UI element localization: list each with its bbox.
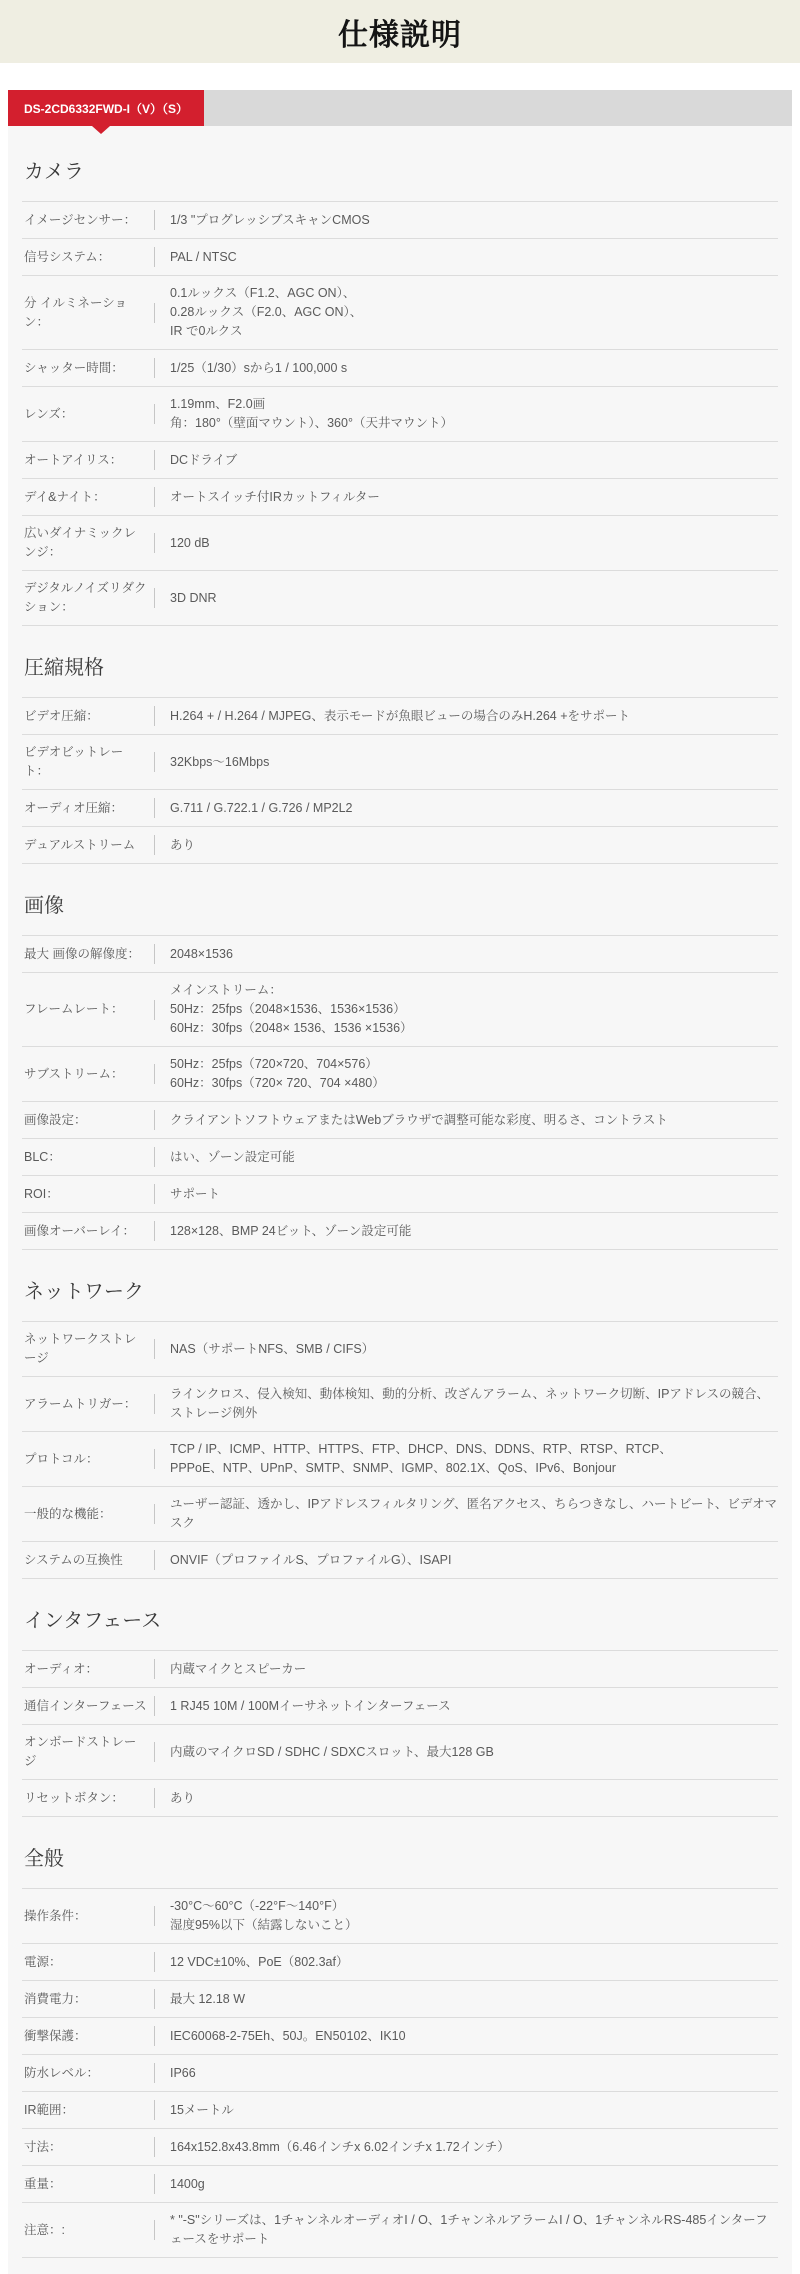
spec-value: PAL / NTSC: [155, 248, 778, 267]
spec-value-line: 内蔵のマイクロSD / SDHC / SDXCスロット、最大128 GB: [170, 1743, 778, 1762]
spec-value-line: DCドライブ: [170, 451, 778, 470]
spec-row: ROI： サポート: [22, 1175, 778, 1212]
spec-row: イメージセンサー： 1/3 "プログレッシブスキャンCMOS: [22, 201, 778, 238]
spec-value: DCドライブ: [155, 451, 778, 470]
spec-value: 2048×1536: [155, 945, 778, 964]
spec-row: 注意：: * "-S"シリーズは、1チャンネルオーディオI / O、1チャンネル…: [22, 2202, 778, 2257]
spec-value-line: 60Hz：30fps（720× 720、704 ×480）: [170, 1074, 778, 1093]
spec-value-line: 1.19mm、F2.0画: [170, 395, 778, 414]
spec-row: シャッター時間： 1/25（1/30）sから1 / 100,000 s: [22, 349, 778, 386]
spec-value: IP66: [155, 2064, 778, 2083]
spec-label: 画像オーバーレイ：: [22, 1222, 154, 1241]
section-rows: ビデオ圧縮： H.264 + / H.264 / MJPEG、表示モードが魚眼ビ…: [22, 697, 778, 864]
spec-row: 信号システム： PAL / NTSC: [22, 238, 778, 275]
spec-label: リセットボタン：: [22, 1789, 154, 1808]
spec-value-line: -30°C～60°C（-22°F～140°F）: [170, 1897, 778, 1916]
spec-row: 分 イルミネーション： 0.1ルックス（F1.2、AGC ON）、0.28ルック…: [22, 275, 778, 349]
spec-value: 最大 12.18 W: [155, 1990, 778, 2009]
spec-section: カメラ イメージセンサー： 1/3 "プログレッシブスキャンCMOS 信号システ…: [22, 130, 778, 626]
spec-row: 一般的な機能： ユーザー認証、透かし、IPアドレスフィルタリング、匿名アクセス、…: [22, 1486, 778, 1541]
spec-value-line: H.264 + / H.264 / MJPEG、表示モードが魚眼ビューの場合のみ…: [170, 707, 778, 726]
spec-label: 衝撃保護：: [22, 2027, 154, 2046]
spec-row: 消費電力： 最大 12.18 W: [22, 1980, 778, 2017]
spec-label: 重量：: [22, 2175, 154, 2194]
spec-row: ネットワークストレージ NAS（サポートNFS、SMB / CIFS）: [22, 1321, 778, 1376]
section-rows: 最大 画像の解像度： 2048×1536 フレームレート： メインストリーム：5…: [22, 935, 778, 1250]
spec-row: オンボードストレージ 内蔵のマイクロSD / SDHC / SDXCスロット、最…: [22, 1724, 778, 1779]
spec-value-line: 50Hz：25fps（2048×1536、1536×1536）: [170, 1000, 778, 1019]
spec-content: カメラ イメージセンサー： 1/3 "プログレッシブスキャンCMOS 信号システ…: [8, 126, 792, 2274]
spec-label: 通信インターフェース: [22, 1697, 154, 1716]
spec-row: デュアルストリーム あり: [22, 826, 778, 863]
spec-row: プロトコル： TCP / IP、ICMP、HTTP、HTTPS、FTP、DHCP…: [22, 1431, 778, 1486]
spec-value-line: 0.28ルックス（F2.0、AGC ON）、: [170, 303, 778, 322]
page-title: 仕様説明: [338, 10, 462, 54]
spec-value: TCP / IP、ICMP、HTTP、HTTPS、FTP、DHCP、DNS、DD…: [155, 1440, 778, 1478]
spec-value: 1.19mm、F2.0画角：180°（壁面マウント）、360°（天井マウント）: [155, 395, 778, 433]
spec-value-line: メインストリーム：: [170, 981, 778, 1000]
spec-value: * "-S"シリーズは、1チャンネルオーディオI / O、1チャンネルアラームI…: [155, 2211, 778, 2249]
spec-label: イメージセンサー：: [22, 211, 154, 230]
spec-value-line: ラインクロス、侵入検知、動体検知、動的分析、改ざんアラーム、ネットワーク切断、I…: [170, 1385, 778, 1423]
spec-row: 画像オーバーレイ： 128×128、BMP 24ビット、ゾーン設定可能: [22, 1212, 778, 1249]
spec-label: 分 イルミネーション：: [22, 294, 154, 332]
spec-value: 50Hz：25fps（720×720、704×576）60Hz：30fps（72…: [155, 1055, 778, 1093]
spec-row: 寸法： 164x152.8x43.8mm（6.46インチx 6.02インチx 1…: [22, 2128, 778, 2165]
spec-value: -30°C～60°C（-22°F～140°F）湿度95%以下（結露しないこと）: [155, 1897, 778, 1935]
spec-label: オートアイリス：: [22, 451, 154, 470]
spec-value-line: あり: [170, 836, 778, 855]
spec-value-line: 60Hz：30fps（2048× 1536、1536 ×1536）: [170, 1019, 778, 1038]
spec-row: ビデオ圧縮： H.264 + / H.264 / MJPEG、表示モードが魚眼ビ…: [22, 697, 778, 734]
spec-label: デジタルノイズリダクション：: [22, 579, 154, 617]
spec-value-line: 湿度95%以下（結露しないこと）: [170, 1916, 778, 1935]
spec-value-line: 3D DNR: [170, 589, 778, 608]
spec-value-line: オートスイッチ付IRカットフィルター: [170, 488, 778, 507]
spec-value-line: PPPoE、NTP、UPnP、SMTP、SNMP、IGMP、802.1X、QoS…: [170, 1459, 778, 1478]
spec-value-line: * "-S"シリーズは、1チャンネルオーディオI / O、1チャンネルアラームI…: [170, 2211, 778, 2249]
spec-value: 0.1ルックス（F1.2、AGC ON）、0.28ルックス（F2.0、AGC O…: [155, 284, 778, 341]
section-rows: 操作条件： -30°C～60°C（-22°F～140°F）湿度95%以下（結露し…: [22, 1888, 778, 2258]
spec-value-line: 1/3 "プログレッシブスキャンCMOS: [170, 211, 778, 230]
spec-value: クライアントソフトウェアまたはWebブラウザで調整可能な彩度、明るさ、コントラス…: [155, 1111, 778, 1130]
spec-value-line: 1/25（1/30）sから1 / 100,000 s: [170, 359, 778, 378]
spec-row: 広いダイナミックレンジ： 120 dB: [22, 515, 778, 570]
section-heading: カメラ: [22, 130, 778, 201]
model-tab[interactable]: DS-2CD6332FWD-I（V）（S）: [8, 90, 204, 126]
spec-value: H.264 + / H.264 / MJPEG、表示モードが魚眼ビューの場合のみ…: [155, 707, 778, 726]
spec-value: メインストリーム：50Hz：25fps（2048×1536、1536×1536）…: [155, 981, 778, 1038]
spec-row: 電源： 12 VDC±10%、PoE（802.3af）: [22, 1943, 778, 1980]
spec-label: プロトコル：: [22, 1450, 154, 1469]
spec-section: 画像 最大 画像の解像度： 2048×1536 フレームレート： メインストリー…: [22, 864, 778, 1250]
spec-value: IEC60068-2-75Eh、50J。EN50102、IK10: [155, 2027, 778, 2046]
spec-row: サブストリーム： 50Hz：25fps（720×720、704×576）60Hz…: [22, 1046, 778, 1101]
spec-label: 操作条件：: [22, 1907, 154, 1926]
spec-row: システムの互換性 ONVIF（プロファイルS、プロファイルG）、ISAPI: [22, 1541, 778, 1578]
section-rows: オーディオ： 内蔵マイクとスピーカー 通信インターフェース 1 RJ45 10M…: [22, 1650, 778, 1817]
spec-value-line: 164x152.8x43.8mm（6.46インチx 6.02インチx 1.72イ…: [170, 2138, 778, 2157]
spec-label: ビデオ圧縮：: [22, 707, 154, 726]
spec-row: IR範囲： 15メートル: [22, 2091, 778, 2128]
spec-row: 重量： 1400g: [22, 2165, 778, 2202]
spec-row: 衝撃保護： IEC60068-2-75Eh、50J。EN50102、IK10: [22, 2017, 778, 2054]
spec-label: 最大 画像の解像度：: [22, 945, 154, 964]
spec-row: ビデオビットレート： 32Kbps～16Mbps: [22, 734, 778, 789]
spec-row: デイ&ナイト： オートスイッチ付IRカットフィルター: [22, 478, 778, 515]
spec-label: デイ&ナイト：: [22, 488, 154, 507]
spec-label: 寸法：: [22, 2138, 154, 2157]
spec-value: 1/25（1/30）sから1 / 100,000 s: [155, 359, 778, 378]
spec-value-line: 角：180°（壁面マウント）、360°（天井マウント）: [170, 414, 778, 433]
spec-value-line: NAS（サポートNFS、SMB / CIFS）: [170, 1340, 778, 1359]
spec-label: 注意：:: [22, 2221, 154, 2240]
spec-value: あり: [155, 836, 778, 855]
spec-label: オーディオ：: [22, 1660, 154, 1679]
spec-value-line: 最大 12.18 W: [170, 1990, 778, 2009]
spec-value-line: ユーザー認証、透かし、IPアドレスフィルタリング、匿名アクセス、ちらつきなし、ハ…: [170, 1495, 778, 1533]
spec-value-line: 1400g: [170, 2175, 778, 2194]
spec-value: はい、ゾーン設定可能: [155, 1148, 778, 1167]
spec-value-line: 32Kbps～16Mbps: [170, 753, 778, 772]
spec-value: 3D DNR: [155, 589, 778, 608]
spec-value-line: 128×128、BMP 24ビット、ゾーン設定可能: [170, 1222, 778, 1241]
spec-value-line: 0.1ルックス（F1.2、AGC ON）、: [170, 284, 778, 303]
spec-label: 電源：: [22, 1953, 154, 1972]
spec-row: オーディオ： 内蔵マイクとスピーカー: [22, 1650, 778, 1687]
spec-value: 内蔵のマイクロSD / SDHC / SDXCスロット、最大128 GB: [155, 1743, 778, 1762]
spec-value-line: TCP / IP、ICMP、HTTP、HTTPS、FTP、DHCP、DNS、DD…: [170, 1440, 778, 1459]
spec-value: 32Kbps～16Mbps: [155, 753, 778, 772]
spec-value-line: 120 dB: [170, 534, 778, 553]
spec-value-line: PAL / NTSC: [170, 248, 778, 267]
spec-row: レンズ： 1.19mm、F2.0画角：180°（壁面マウント）、360°（天井マ…: [22, 386, 778, 441]
spec-value: 164x152.8x43.8mm（6.46インチx 6.02インチx 1.72イ…: [155, 2138, 778, 2157]
spec-value-line: 1 RJ45 10M / 100Mイーサネットインターフェース: [170, 1697, 778, 1716]
spec-value: 1/3 "プログレッシブスキャンCMOS: [155, 211, 778, 230]
section-rows: イメージセンサー： 1/3 "プログレッシブスキャンCMOS 信号システム： P…: [22, 201, 778, 626]
page-header: 仕様説明: [0, 0, 800, 63]
spec-value: 1400g: [155, 2175, 778, 2194]
spec-label: シャッター時間：: [22, 359, 154, 378]
spec-row: 通信インターフェース 1 RJ45 10M / 100Mイーサネットインターフェ…: [22, 1687, 778, 1724]
spec-label: IR範囲：: [22, 2101, 154, 2120]
spec-value: 128×128、BMP 24ビット、ゾーン設定可能: [155, 1222, 778, 1241]
spec-row: アラームトリガー： ラインクロス、侵入検知、動体検知、動的分析、改ざんアラーム、…: [22, 1376, 778, 1431]
spec-value: ラインクロス、侵入検知、動体検知、動的分析、改ざんアラーム、ネットワーク切断、I…: [155, 1385, 778, 1423]
spec-value: 12 VDC±10%、PoE（802.3af）: [155, 1953, 778, 1972]
section-heading: インタフェース: [22, 1579, 778, 1650]
spec-value: 120 dB: [155, 534, 778, 553]
spec-label: レンズ：: [22, 405, 154, 424]
spec-value: 15メートル: [155, 2101, 778, 2120]
model-tabbar: DS-2CD6332FWD-I（V）（S）: [8, 90, 792, 126]
spec-row: BLC： はい、ゾーン設定可能: [22, 1138, 778, 1175]
spec-value-line: IEC60068-2-75Eh、50J。EN50102、IK10: [170, 2027, 778, 2046]
model-tab-label: DS-2CD6332FWD-I（V）（S）: [24, 100, 188, 117]
spec-row: リセットボタン： あり: [22, 1779, 778, 1816]
spec-value-line: 12 VDC±10%、PoE（802.3af）: [170, 1953, 778, 1972]
spec-label: BLC：: [22, 1148, 154, 1167]
spec-value-line: 15メートル: [170, 2101, 778, 2120]
section-heading: 圧縮規格: [22, 626, 778, 697]
spec-value-line: はい、ゾーン設定可能: [170, 1148, 778, 1167]
spec-label: 広いダイナミックレンジ：: [22, 524, 154, 562]
spec-row: 画像設定： クライアントソフトウェアまたはWebブラウザで調整可能な彩度、明るさ…: [22, 1101, 778, 1138]
spec-row: 防水レベル： IP66: [22, 2054, 778, 2091]
spec-value: サポート: [155, 1185, 778, 1204]
spec-value: ユーザー認証、透かし、IPアドレスフィルタリング、匿名アクセス、ちらつきなし、ハ…: [155, 1495, 778, 1533]
spec-value-line: 2048×1536: [170, 945, 778, 964]
spec-value-line: サポート: [170, 1185, 778, 1204]
section-heading: 画像: [22, 864, 778, 935]
spec-label: フレームレート：: [22, 1000, 154, 1019]
section-heading: ネットワーク: [22, 1250, 778, 1321]
spec-value-line: あり: [170, 1789, 778, 1808]
spec-label: サブストリーム：: [22, 1065, 154, 1084]
spec-label: 消費電力：: [22, 1990, 154, 2009]
spec-label: ROI：: [22, 1185, 154, 1204]
spec-value: あり: [155, 1789, 778, 1808]
spec-value-line: G.711 / G.722.1 / G.726 / MP2L2: [170, 799, 778, 818]
spec-row: デジタルノイズリダクション： 3D DNR: [22, 570, 778, 625]
spec-value-line: 内蔵マイクとスピーカー: [170, 1660, 778, 1679]
spec-section: 圧縮規格 ビデオ圧縮： H.264 + / H.264 / MJPEG、表示モー…: [22, 626, 778, 864]
spec-row: オーディオ圧縮： G.711 / G.722.1 / G.726 / MP2L2: [22, 789, 778, 826]
spec-row: フレームレート： メインストリーム：50Hz：25fps（2048×1536、1…: [22, 972, 778, 1046]
spec-label: 一般的な機能：: [22, 1505, 154, 1524]
spec-value: 内蔵マイクとスピーカー: [155, 1660, 778, 1679]
spec-page: 仕様説明 DS-2CD6332FWD-I（V）（S） カメラ イメージセンサー：…: [0, 0, 800, 2274]
spec-label: 画像設定：: [22, 1111, 154, 1130]
spec-label: 信号システム：: [22, 248, 154, 267]
spec-label: ビデオビットレート：: [22, 743, 154, 781]
section-heading: 全般: [22, 1817, 778, 1888]
spec-value-line: クライアントソフトウェアまたはWebブラウザで調整可能な彩度、明るさ、コントラス…: [170, 1111, 778, 1130]
spec-section: 全般 操作条件： -30°C～60°C（-22°F～140°F）湿度95%以下（…: [22, 1817, 778, 2258]
spec-section: インタフェース オーディオ： 内蔵マイクとスピーカー 通信インターフェース 1 …: [22, 1579, 778, 1817]
section-rows: ネットワークストレージ NAS（サポートNFS、SMB / CIFS） アラーム…: [22, 1321, 778, 1579]
spec-label: システムの互換性: [22, 1551, 154, 1570]
spec-section: ネットワーク ネットワークストレージ NAS（サポートNFS、SMB / CIF…: [22, 1250, 778, 1579]
spec-value-line: IP66: [170, 2064, 778, 2083]
spec-label: オーディオ圧縮：: [22, 799, 154, 818]
spec-row: オートアイリス： DCドライブ: [22, 441, 778, 478]
spec-value: G.711 / G.722.1 / G.726 / MP2L2: [155, 799, 778, 818]
spec-label: アラームトリガー：: [22, 1395, 154, 1414]
spec-row: 操作条件： -30°C～60°C（-22°F～140°F）湿度95%以下（結露し…: [22, 1888, 778, 1943]
spec-value-line: IR で0ルクス: [170, 322, 778, 341]
spec-label: ネットワークストレージ: [22, 1330, 154, 1368]
spec-value: オートスイッチ付IRカットフィルター: [155, 488, 778, 507]
spec-value: NAS（サポートNFS、SMB / CIFS）: [155, 1340, 778, 1359]
spec-label: オンボードストレージ: [22, 1733, 154, 1771]
spec-value-line: ONVIF（プロファイルS、プロファイルG）、ISAPI: [170, 1551, 778, 1570]
spec-row: 最大 画像の解像度： 2048×1536: [22, 935, 778, 972]
spec-value-line: 50Hz：25fps（720×720、704×576）: [170, 1055, 778, 1074]
spec-label: 防水レベル：: [22, 2064, 154, 2083]
spec-label: デュアルストリーム: [22, 836, 154, 855]
spec-sections: カメラ イメージセンサー： 1/3 "プログレッシブスキャンCMOS 信号システ…: [22, 130, 778, 2258]
spec-value: 1 RJ45 10M / 100Mイーサネットインターフェース: [155, 1697, 778, 1716]
spec-value: ONVIF（プロファイルS、プロファイルG）、ISAPI: [155, 1551, 778, 1570]
